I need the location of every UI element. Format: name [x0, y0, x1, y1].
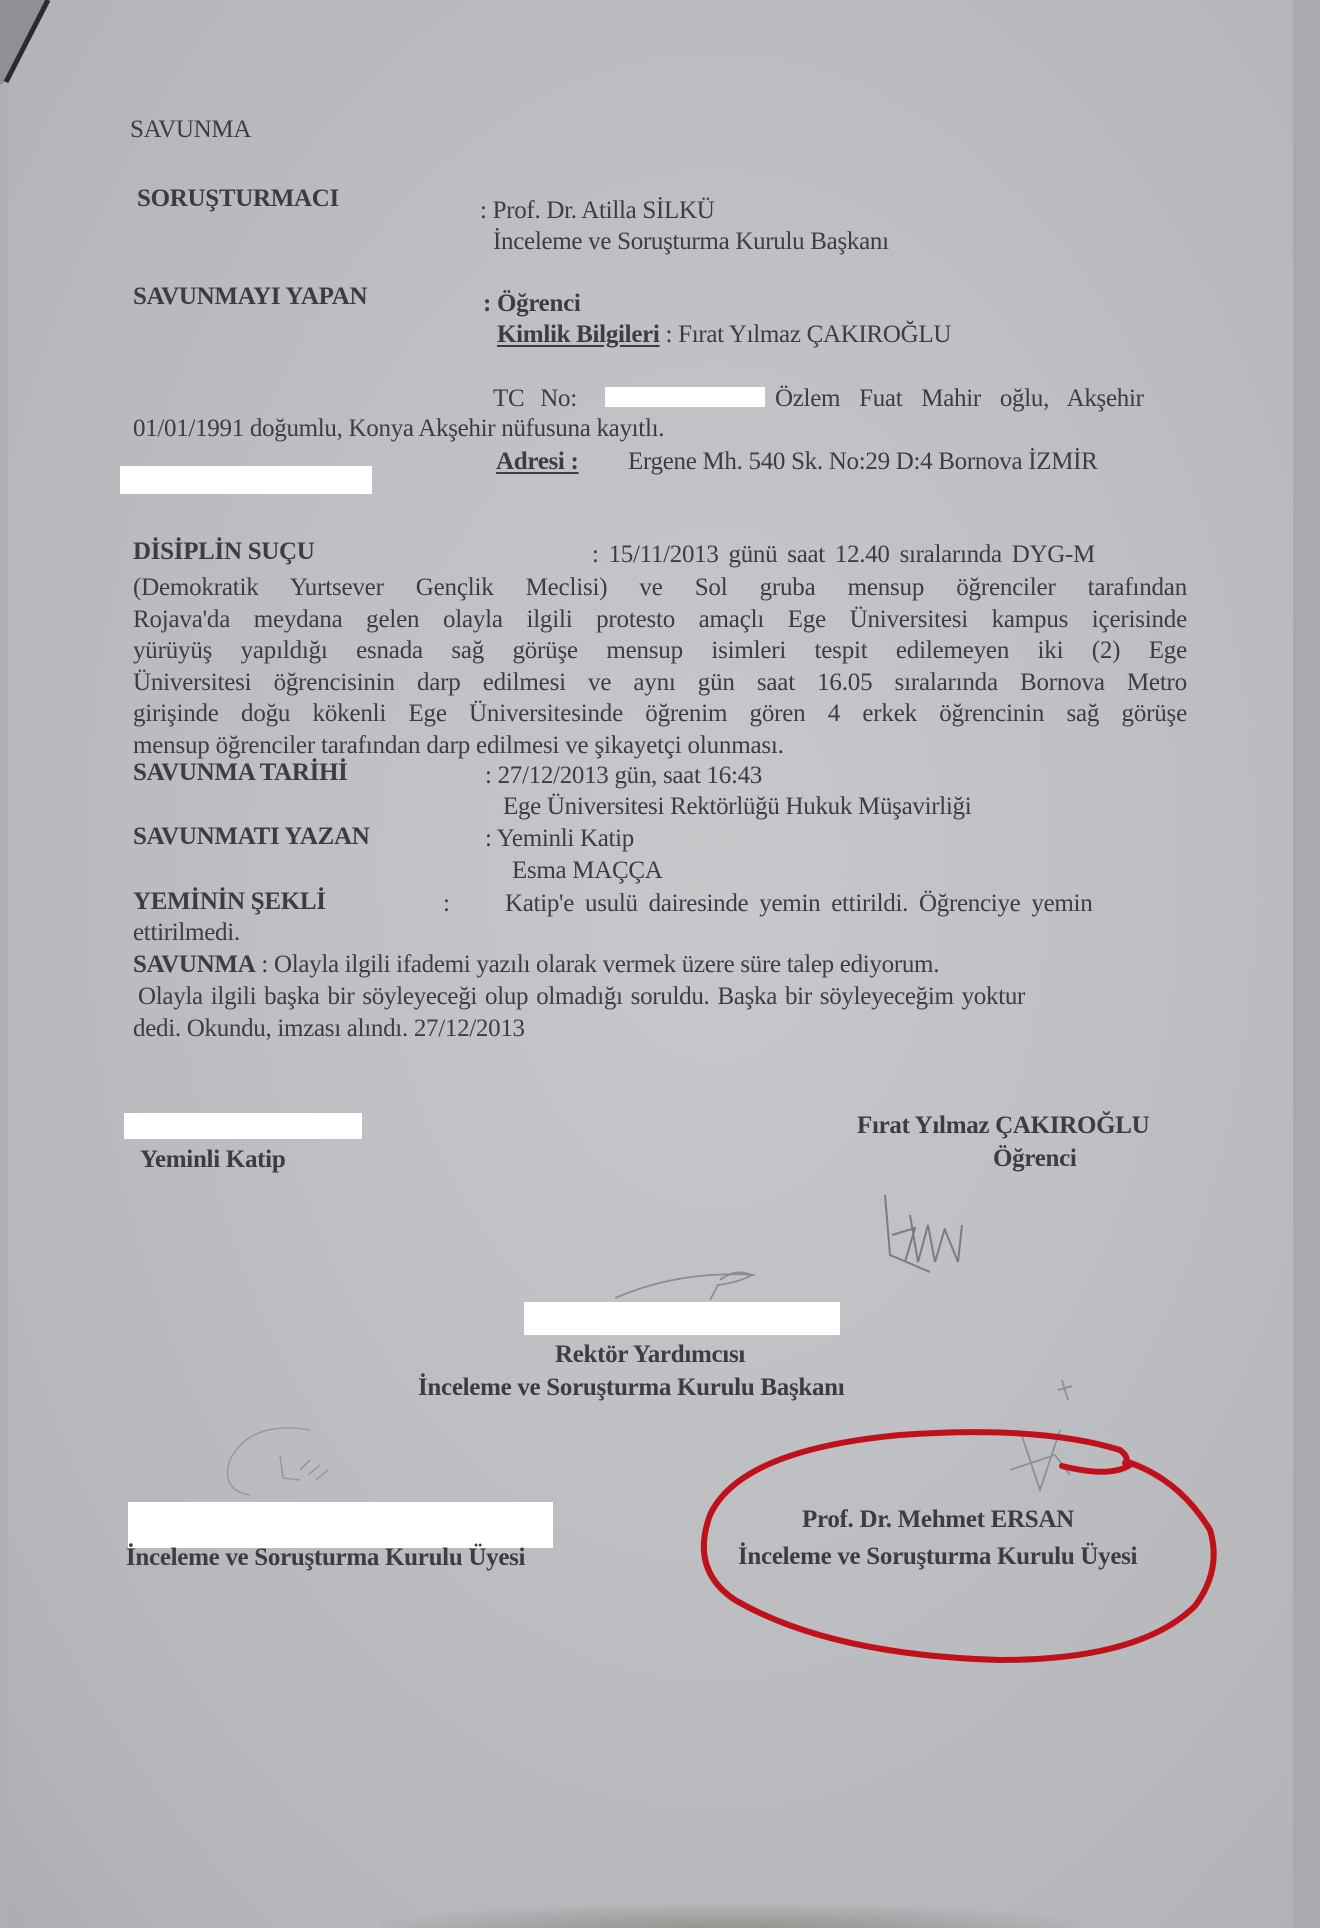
disiplin-sucu-line: Üniversitesi öğrencisinin darp edilmesi … [133, 667, 1187, 699]
savunma-line2: Olayla ilgili başka bir söyleyeceği olup… [138, 983, 1025, 1011]
savunma-yeri: Ege Üniversitesi Rektörlüğü Hukuk Müşavi… [503, 793, 971, 821]
yeminin-sekli-colon: : [443, 890, 450, 918]
disiplin-sucu-line: Rojava'da meydana gelen olayla ilgili pr… [133, 604, 1187, 636]
redacted-phone [120, 466, 372, 494]
student-signature-title: Öğrenci [993, 1145, 1077, 1173]
sorusturmaci-role: İnceleme ve Soruşturma Kurulu Başkanı [493, 228, 889, 256]
savunma-tarihi-value: : 27/12/2013 gün, saat 16:43 [485, 762, 762, 790]
kimlik-value: : Fırat Yılmaz ÇAKIROĞLU [666, 321, 952, 348]
redacted-member-name [128, 1502, 553, 1548]
folded-corner [0, 0, 60, 90]
birth-line: 01/01/1991 doğumlu, Konya Akşehir nüfusu… [133, 415, 664, 443]
disiplin-sucu-first-line: : 15/11/2013 günü saat 12.40 sıralarında… [592, 541, 1095, 569]
yeminin-sekli-label: YEMİNİN ŞEKLİ [133, 888, 326, 916]
sorusturmaci-name: : Prof. Dr. Atilla SİLKÜ [480, 197, 714, 225]
disiplin-sucu-paragraph: (Demokratik Yurtsever Gençlik Meclisi) v… [133, 572, 1187, 761]
rector-title: Rektör Yardımcısı [555, 1341, 745, 1369]
yeminin-sekli-value: Katip'e usulü dairesinde yemin ettirildi… [505, 890, 1092, 918]
savunma-line: SAVUNMA : Olayla ilgili ifademi yazılı o… [133, 951, 939, 979]
savunmayi-yazan-value: : Yeminli Katip [485, 825, 634, 853]
kimlik-line: Kimlik Bilgileri : Fırat Yılmaz ÇAKIROĞL… [497, 321, 951, 349]
redacted-katip-name [124, 1113, 362, 1139]
bottom-shadow [380, 1905, 1080, 1928]
disiplin-sucu-label: DİSİPLİN SUÇU [133, 538, 315, 566]
disiplin-sucu-line: (Demokratik Yurtsever Gençlik Meclisi) v… [133, 572, 1187, 604]
member-right-name: Prof. Dr. Mehmet ERSAN [802, 1506, 1074, 1534]
savunma-tarihi-label: SAVUNMA TARİHİ [133, 759, 348, 787]
savunmayi-yapan-value: : Öğrenci [483, 290, 581, 318]
savunma-value: : Olayla ilgili ifademi yazılı olarak ve… [261, 951, 939, 978]
katip-signature-title: Yeminli Katip [140, 1146, 285, 1174]
kimlik-label: Kimlik Bilgileri [497, 321, 660, 348]
sorusturmaci-label: SORUŞTURMACI [137, 185, 339, 213]
yeminin-sekli-continuation: ettirilmedi. [133, 919, 240, 947]
disiplin-sucu-line: girişinde doğu kökenli Ege Üniversitesin… [133, 698, 1187, 730]
tc-label: TC No: [493, 385, 577, 413]
board-head-title: İnceleme ve Soruşturma Kurulu Başkanı [418, 1374, 844, 1402]
member-left-title: İnceleme ve Soruşturma Kurulu Üyesi [126, 1544, 525, 1572]
adres-value: Ergene Mh. 540 Sk. No:29 D:4 Bornova İZM… [628, 448, 1098, 476]
adres-label: Adresi : [496, 448, 579, 476]
savunmayi-yapan-label: SAVUNMAYI YAPAN [133, 283, 367, 311]
savunmayi-yazan-label: SAVUNMATI YAZAN [133, 823, 370, 851]
student-signature-name: Fırat Yılmaz ÇAKIROĞLU [857, 1112, 1149, 1140]
savunma-label: SAVUNMA [133, 951, 255, 978]
redacted-tc-number [605, 387, 765, 407]
redacted-rector-name [524, 1302, 840, 1335]
disiplin-sucu-line: yürüyüş yapıldığı esnada sağ görüşe mens… [133, 635, 1187, 667]
katip-name: Esma MAÇÇA [512, 857, 662, 885]
document-title: SAVUNMA [130, 116, 251, 144]
tc-tail: Özlem Fuat Mahir oğlu, Akşehir [775, 385, 1144, 413]
page-edge [1293, 0, 1320, 1928]
savunma-line3: dedi. Okundu, imzası alındı. 27/12/2013 [133, 1015, 525, 1043]
disiplin-sucu-line: mensup öğrenciler tarafından darp edilme… [133, 730, 1187, 762]
member-right-title: İnceleme ve Soruşturma Kurulu Üyesi [738, 1543, 1137, 1571]
